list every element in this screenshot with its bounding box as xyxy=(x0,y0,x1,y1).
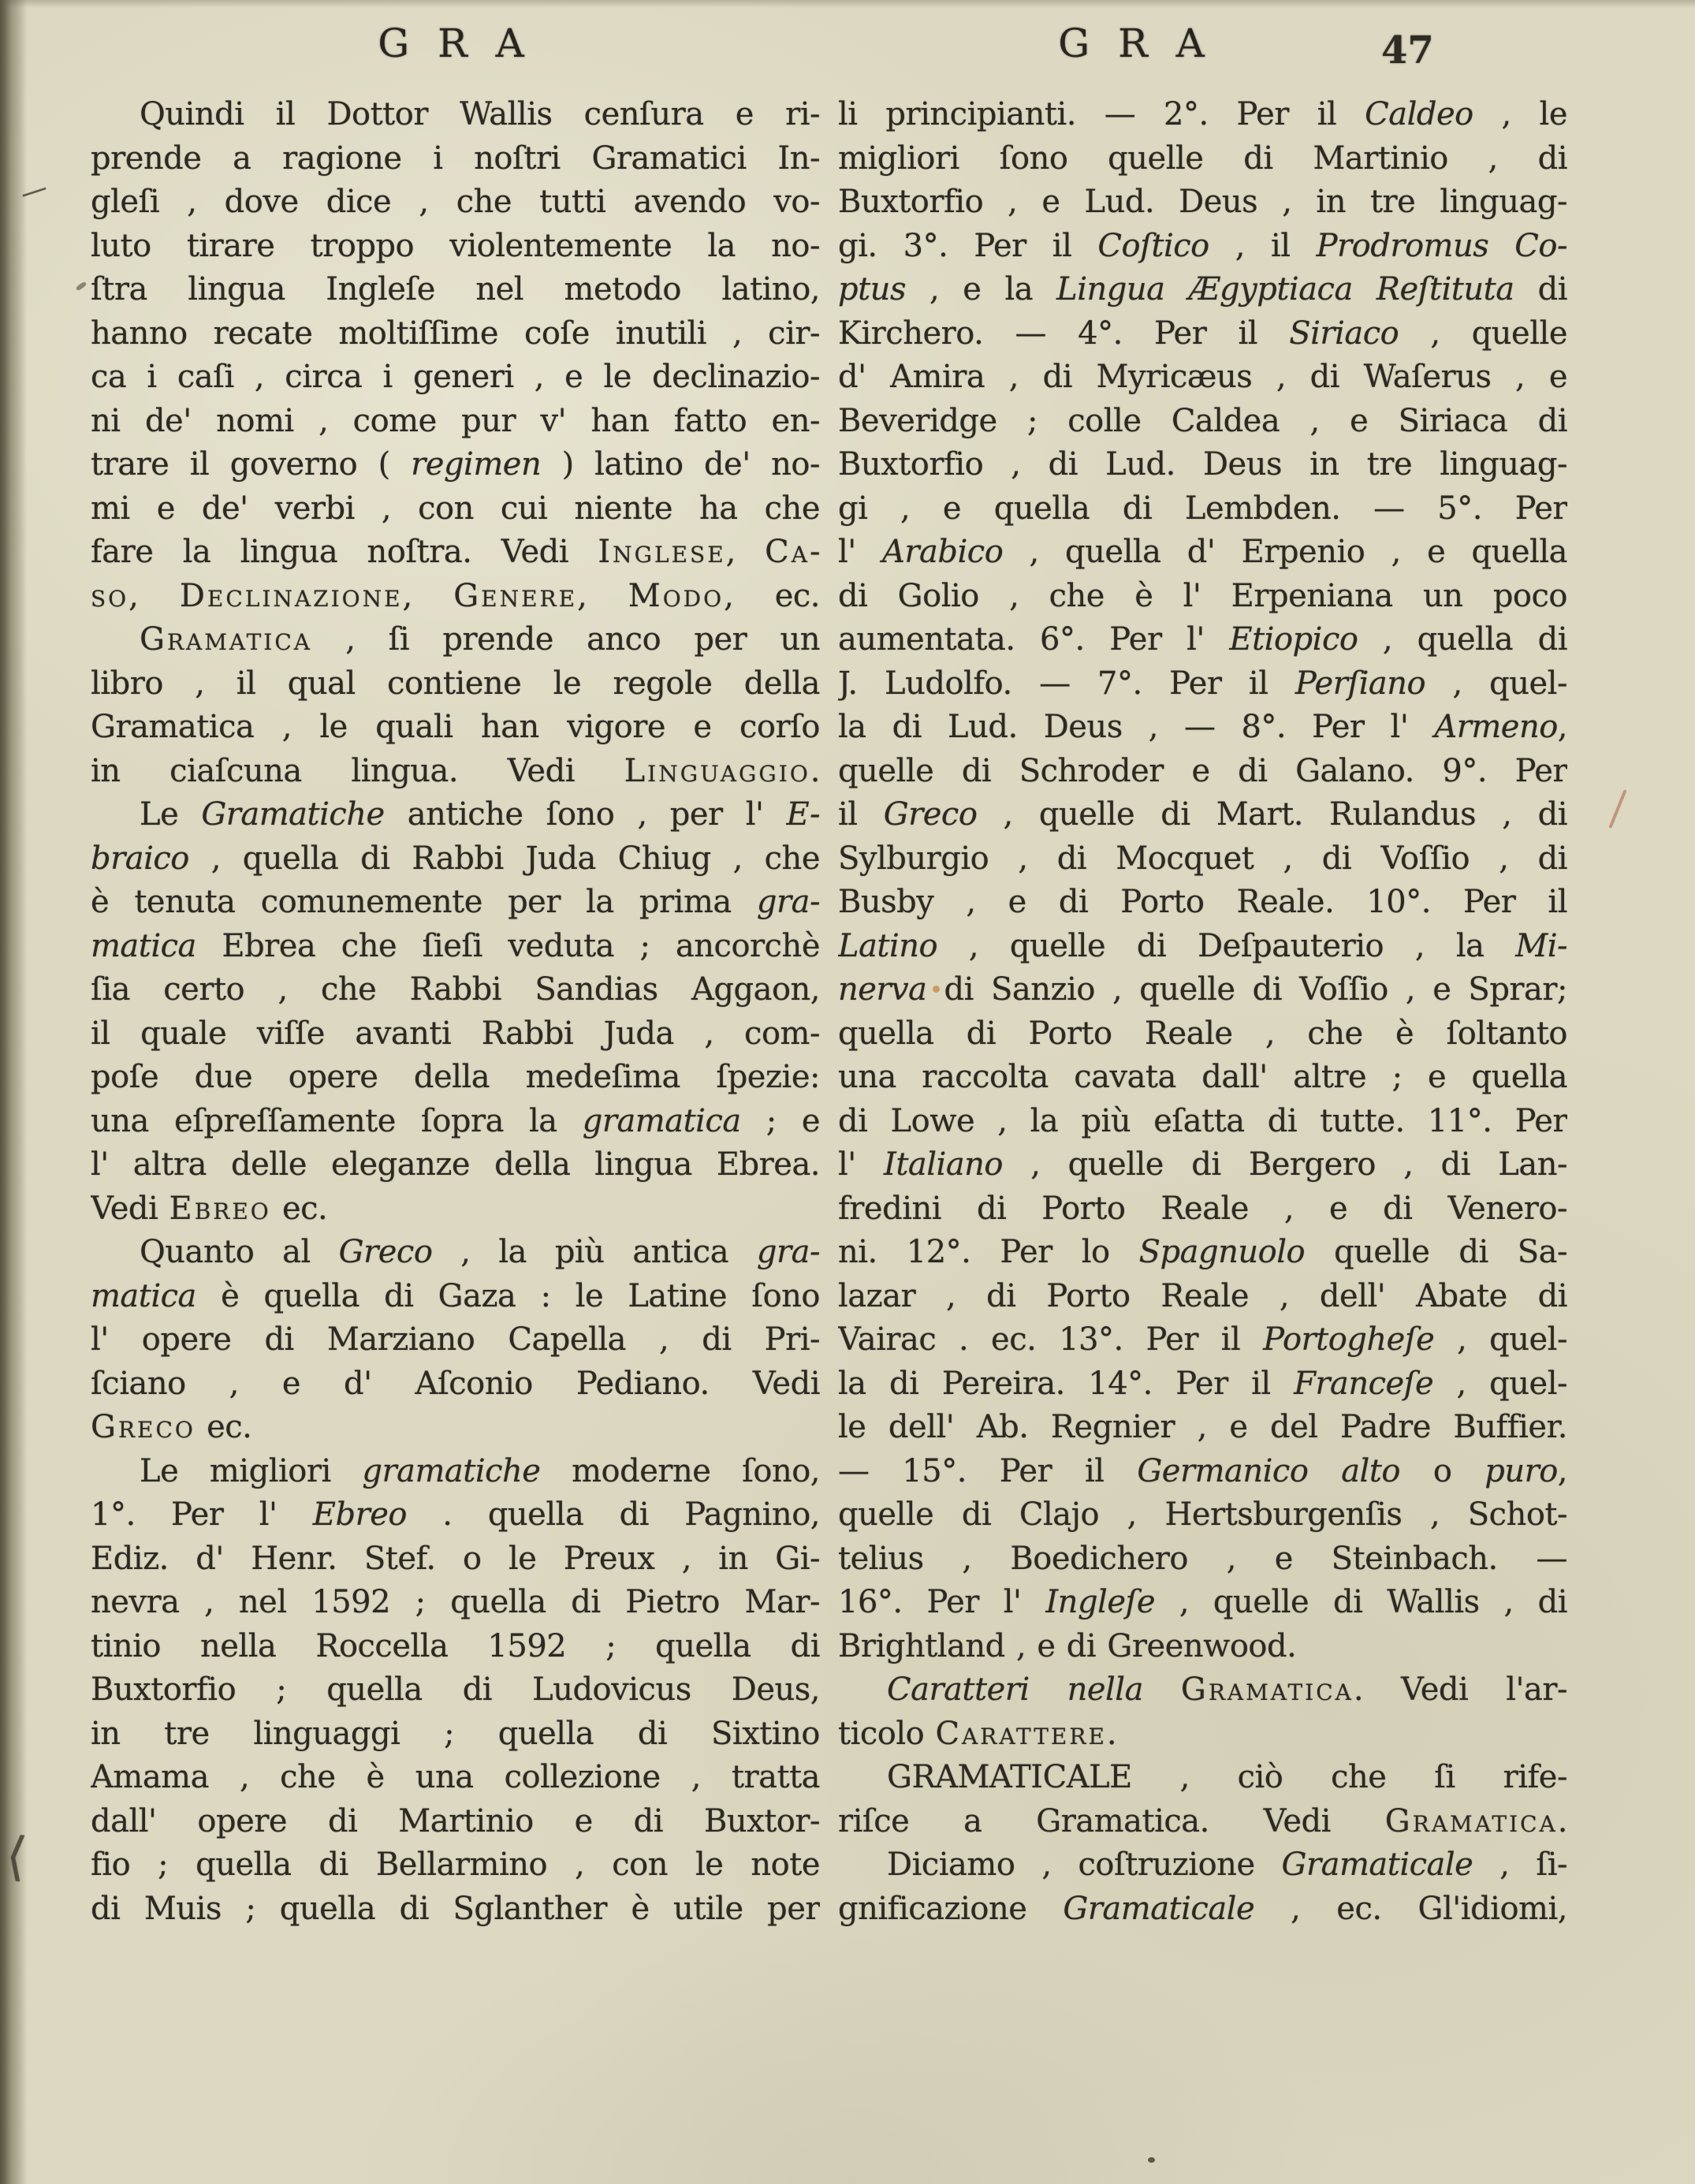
small-caps-reference: Inglese xyxy=(598,534,725,570)
text-line: l' altra delle eleganze della lingua Ebr… xyxy=(91,1143,820,1187)
page-number: 47 xyxy=(1381,28,1434,73)
italic-text: Coſtico xyxy=(1097,228,1209,264)
text-line: Latino , quelle di Deſpauterio , la Mi- xyxy=(838,925,1567,969)
italic-text: Armeno xyxy=(1434,709,1557,745)
text-line: nevra , nel 1592 ; quella di Pietro Mar- xyxy=(91,1581,820,1625)
text-line: il quale viſſe avanti Rabbi Juda , com- xyxy=(91,1012,820,1057)
text-line: poſe due opere della medeſima ſpezie: xyxy=(91,1056,820,1100)
text-line: GRAMATICALE , ciò che ſi rife- xyxy=(838,1756,1567,1800)
text-line: Gramatica , ſi prende anco per un xyxy=(91,618,820,662)
text-line: Buxtorfio , e Lud. Deus , in tre linguag… xyxy=(838,181,1567,225)
text-line: migliori ſono quelle di Martinio , di xyxy=(838,137,1567,181)
small-caps-reference: so xyxy=(91,578,129,614)
italic-text: Ebreo xyxy=(313,1496,407,1533)
text-line: l' opere di Marziano Capella , di Pri- xyxy=(91,1318,820,1362)
text-line: hanno recate moltiſſime coſe inutili , c… xyxy=(91,312,820,356)
small-caps-reference: Carattere xyxy=(935,1716,1106,1752)
text-line: nerva di Sanzio , quelle di Voſſio , e S… xyxy=(838,968,1567,1012)
small-caps-reference: Modo xyxy=(628,578,724,614)
italic-text: matica xyxy=(91,1278,196,1314)
small-caps-reference: Ebreo xyxy=(169,1191,271,1227)
text-line: la di Pereira. 14°. Per il Franceſe , qu… xyxy=(838,1362,1567,1407)
italic-text: Arabico xyxy=(882,534,1003,570)
text-line: Greco ec. xyxy=(91,1406,820,1450)
small-caps-reference: Declinazione xyxy=(180,578,403,614)
italic-text: Franceſe xyxy=(1294,1366,1433,1402)
text-line: Gramatica , le quali han vigore e corſo xyxy=(91,706,820,750)
italic-text: nerva xyxy=(838,971,927,1008)
text-line: 16°. Per l' Ingleſe , quelle di Wallis ,… xyxy=(838,1581,1567,1625)
italic-text: regimen xyxy=(411,446,541,483)
text-line: Ediz. d' Henr. Stef. o le Preux , in Gi- xyxy=(91,1537,820,1582)
text-line: Vedi Ebreo ec. xyxy=(91,1187,820,1232)
text-line: una raccolta cavata dall' altre ; e quel… xyxy=(838,1056,1567,1100)
small-caps-reference: Genere xyxy=(453,578,577,614)
text-line: gi , e quella di Lembden. — 5°. Per xyxy=(838,487,1567,531)
column-left-lines: Quindi il Dottor Wallis cenſura e ri-pre… xyxy=(91,93,820,1931)
text-line: quella di Porto Reale , che è ſoltanto xyxy=(838,1012,1567,1057)
text-line: ſtra lingua Ingleſe nel metodo latino, xyxy=(91,268,820,312)
text-line: gleſi , dove dice , che tutti avendo vo- xyxy=(91,181,820,225)
italic-text: Siriaco xyxy=(1289,315,1399,352)
text-line: in ciaſcuna lingua. Vedi Linguaggio. xyxy=(91,750,820,794)
text-line: 1°. Per l' Ebreo . quella di Pagnino, xyxy=(91,1493,820,1537)
italic-text: ptus xyxy=(838,271,906,307)
text-line: Le migliori gramatiche moderne ſono, xyxy=(91,1450,820,1494)
text-line: Quindi il Dottor Wallis cenſura e ri- xyxy=(91,93,820,137)
italic-text: Etiopico xyxy=(1229,621,1358,658)
ink-speck xyxy=(76,281,88,292)
text-line: d' Amira , di Myricæus , di Waſerus , e xyxy=(838,356,1567,400)
ink-speck xyxy=(1148,2157,1155,2163)
text-line: matica Ebrea che ſieſi veduta ; ancorchè xyxy=(91,925,820,969)
paper-stain xyxy=(933,986,940,993)
text-line: ca i caſi , circa i generi , e le declin… xyxy=(91,356,820,400)
italic-text: Mi- xyxy=(1515,928,1567,964)
italic-text: Gramaticale xyxy=(1282,1847,1473,1883)
text-line: fio ; quella di Bellarmino , con le note xyxy=(91,1843,820,1888)
italic-text: gramatiche xyxy=(362,1453,540,1489)
italic-text: Lingua Ægyptiaca Reſtituta xyxy=(1056,271,1514,307)
text-line: aumentata. 6°. Per l' Etiopico , quella … xyxy=(838,618,1567,662)
text-line: Kirchero. — 4°. Per il Siriaco , quelle xyxy=(838,312,1567,356)
text-line: il Greco , quelle di Mart. Rulandus , di xyxy=(838,793,1567,837)
italic-text: Caldeo xyxy=(1365,96,1473,132)
italic-text: Germanico alto xyxy=(1137,1453,1400,1489)
text-line: ni. 12°. Per lo Spagnuolo quelle di Sa- xyxy=(838,1231,1567,1275)
text-line: quelle di Clajo , Hertsburgenſis , Schot… xyxy=(838,1493,1567,1537)
text-line: Busby , e di Porto Reale. 10°. Per il xyxy=(838,881,1567,925)
text-line: ptus , e la Lingua Ægyptiaca Reſtituta d… xyxy=(838,268,1567,312)
italic-text: Spagnuolo xyxy=(1139,1234,1305,1270)
text-line: ſia certo , che Rabbi Sandias Aggaon, xyxy=(91,968,820,1012)
text-line: dall' opere di Martinio e di Buxtor- xyxy=(91,1800,820,1844)
italic-text: matica xyxy=(91,928,196,964)
text-line: matica è quella di Gaza : le Latine ſono xyxy=(91,1275,820,1319)
small-caps-reference: Gramatica xyxy=(1181,1672,1354,1708)
text-line: li principianti. — 2°. Per il Caldeo , l… xyxy=(838,93,1567,137)
text-line: Amama , che è una collezione , tratta xyxy=(91,1756,820,1800)
text-line: telius , Boedichero , e Steinbach. — xyxy=(838,1537,1567,1582)
text-line: gi. 3°. Per il Coſtico , il Prodromus Co… xyxy=(838,225,1567,269)
text-line: Buxtorfio , di Lud. Deus in tre linguag- xyxy=(838,443,1567,487)
text-line: gnificazione Gramaticale , ec. Gl'idiomi… xyxy=(838,1888,1567,1932)
text-line: libro , il qual contiene le regole della xyxy=(91,662,820,706)
text-line: le dell' Ab. Regnier , e del Padre Buffi… xyxy=(838,1406,1567,1450)
italic-text: Portogheſe xyxy=(1263,1321,1434,1358)
text-line: la di Lud. Deus , — 8°. Per l' Armeno, xyxy=(838,706,1567,750)
italic-text: braico xyxy=(91,840,189,877)
text-line: prende a ragione i noſtri Gramatici In- xyxy=(91,137,820,181)
text-line: tinio nella Roccella 1592 ; quella di xyxy=(91,1625,820,1669)
text-line: mi e de' verbi , con cui niente ha che xyxy=(91,487,820,531)
text-line: fare la lingua noſtra. Vedi Inglese, Ca- xyxy=(91,531,820,575)
text-line: Vairac . ec. 13°. Per il Portogheſe , qu… xyxy=(838,1318,1567,1362)
paper-stain xyxy=(1608,789,1626,829)
italic-text: Gramaticale xyxy=(1063,1891,1254,1927)
small-caps-reference: Ca xyxy=(765,534,810,570)
italic-text: Gramatiche xyxy=(201,796,384,833)
running-head-right: G R A xyxy=(1058,20,1212,66)
text-line: di Lowe , la più eſatta di tutte. 11°. P… xyxy=(838,1100,1567,1144)
text-line: Diciamo , coſtruzione Gramaticale , ſi- xyxy=(838,1843,1567,1888)
text-line: di Muis ; quella di Sglanther è utile pe… xyxy=(91,1888,820,1932)
small-caps-reference: Gramatica xyxy=(1385,1803,1558,1839)
text-line: l' Italiano , quelle di Bergero , di Lan… xyxy=(838,1143,1567,1187)
italic-text: Perſiano xyxy=(1295,665,1425,702)
italic-text: Ingleſe xyxy=(1045,1584,1155,1620)
page-top-edge-shadow xyxy=(0,0,1695,8)
text-line: ſciano , e d' Aſconio Pediano. Vedi xyxy=(91,1362,820,1407)
italic-text: gra- xyxy=(757,1234,820,1270)
italic-text: E- xyxy=(787,796,820,833)
text-line: braico , quella di Rabbi Juda Chiug , ch… xyxy=(91,837,820,881)
small-caps-reference: Linguaggio xyxy=(624,753,810,789)
text-line: so, Declinazione, Genere, Modo, ec. xyxy=(91,575,820,619)
text-line: ticolo Carattere. xyxy=(838,1713,1567,1757)
text-line: Quanto al Greco , la più antica gra- xyxy=(91,1231,820,1275)
text-line: è tenuta comunemente per la prima gra- xyxy=(91,881,820,925)
italic-text: gra- xyxy=(757,884,820,920)
text-line: lazar , di Porto Reale , dell' Abate di xyxy=(838,1275,1567,1319)
text-line: Le Gramatiche antiche ſono , per l' E- xyxy=(91,793,820,837)
text-line: ni de' nomi , come pur v' han fatto en- xyxy=(91,400,820,444)
italic-text: gramatica xyxy=(583,1103,741,1139)
text-line: una eſpreſſamente ſopra la gramatica ; e xyxy=(91,1100,820,1144)
italic-text: Prodromus Co- xyxy=(1317,228,1567,264)
scanned-book-page: G R A G R A 47 Quindi il Dottor Wallis c… xyxy=(0,0,1695,2184)
italic-text: Latino xyxy=(838,928,937,964)
text-line: Buxtorfio ; quella di Ludovicus Deus, xyxy=(91,1668,820,1713)
text-line: luto tirare troppo violentemente la no- xyxy=(91,225,820,269)
text-line: J. Ludolfo. — 7°. Per il Perſiano , quel… xyxy=(838,662,1567,706)
italic-text: Caratteri nella xyxy=(887,1672,1143,1708)
italic-text: Greco xyxy=(884,796,978,833)
text-line: — 15°. Per il Germanico alto o puro, xyxy=(838,1450,1567,1494)
text-line: in tre linguaggi ; quella di Sixtino xyxy=(91,1713,820,1757)
text-line: l' Arabico , quella d' Erpenio , e quell… xyxy=(838,531,1567,575)
running-head-left: G R A xyxy=(378,20,531,66)
italic-text: puro xyxy=(1485,1453,1558,1489)
italic-text: Italiano xyxy=(884,1146,1003,1183)
text-line: di Golio , che è l' Erpeniana un poco xyxy=(838,575,1567,619)
text-line: Caratteri nella Gramatica. Vedi l'ar- xyxy=(838,1668,1567,1713)
text-line: Beveridge ; colle Caldea , e Siriaca di xyxy=(838,400,1567,444)
text-line: riſce a Gramatica. Vedi Gramatica. xyxy=(838,1800,1567,1844)
text-line: trare il governo ( regimen ) latino de' … xyxy=(91,443,820,487)
text-line: fredini di Porto Reale , e di Venero- xyxy=(838,1187,1567,1232)
small-caps-reference: Greco xyxy=(91,1409,196,1445)
italic-text: Greco xyxy=(339,1234,433,1270)
text-line: Brightland , e di Greenwood. xyxy=(838,1625,1567,1669)
text-line: quelle di Schroder e di Galano. 9°. Per xyxy=(838,750,1567,794)
small-caps-reference: Gramatica xyxy=(140,621,312,658)
text-line: Sylburgio , di Mocquet , di Voſſio , di xyxy=(838,837,1567,881)
column-right-lines: li principianti. — 2°. Per il Caldeo , l… xyxy=(838,93,1567,1931)
